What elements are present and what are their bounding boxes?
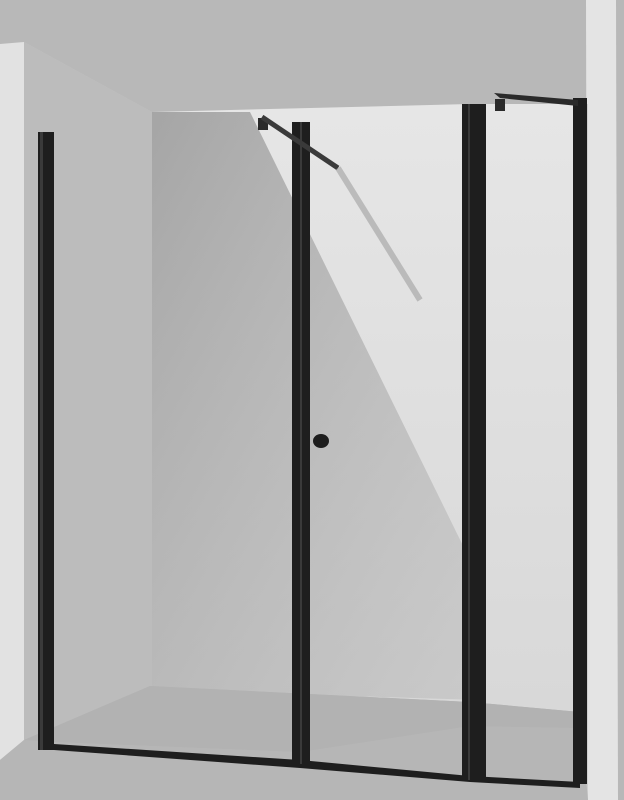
left-profile-highlight — [40, 132, 43, 750]
left-wall-edge — [0, 42, 24, 760]
swing-door-profile-highlight — [300, 122, 302, 764]
render-canvas — [0, 0, 624, 800]
shower-enclosure-scene — [0, 0, 624, 800]
stabilizer-wall-mount-right — [495, 99, 505, 111]
middle-profile-highlight — [468, 104, 470, 780]
door-knob[interactable] — [313, 434, 329, 448]
right-fixed-panel-profile — [573, 98, 587, 784]
right-pillar — [586, 0, 618, 800]
middle-fixed-panel-profile — [462, 104, 486, 780]
